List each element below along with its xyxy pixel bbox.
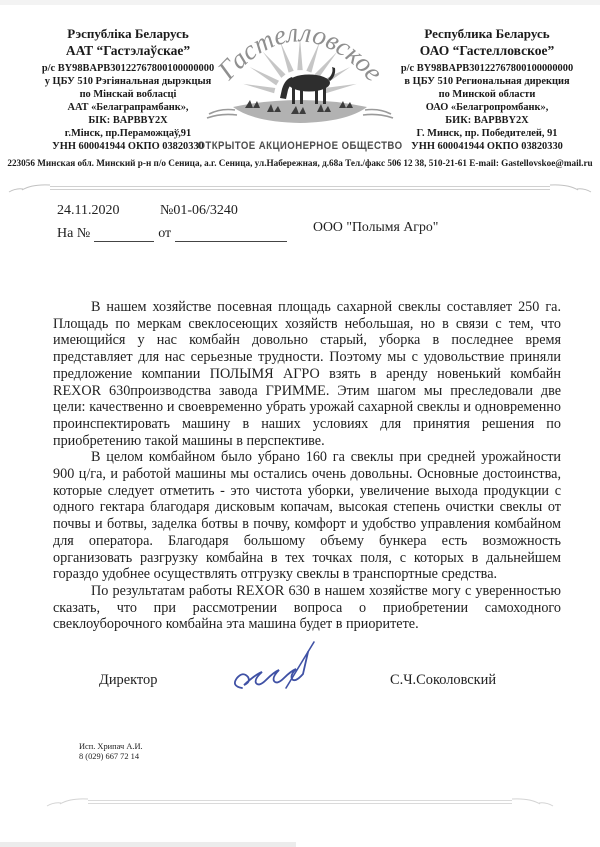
bank-branch-line: в ЦБУ 510 Региональная дирекция (388, 75, 586, 88)
letter-body: В нашем хозяйстве посевная площадь сахар… (53, 299, 561, 633)
signer-name: С.Ч.Соколовский (390, 672, 496, 689)
na-no-label: На № (57, 226, 90, 241)
footer-separator-flourish (0, 794, 600, 808)
emblem-caption: ОТКРЫТОЕ АКЦИОНЕРНОЕ ОБЩЕСТВО (198, 140, 403, 152)
company-name-ru: ОАО “Гастелловское” (388, 42, 586, 59)
region-line: по Минской области (388, 88, 586, 101)
signer-title: Директор (99, 672, 157, 689)
letter-number: №01-06/3240 (160, 203, 238, 219)
reply-number-blank (94, 228, 154, 242)
paragraph-1: В нашем хозяйстве посевная площадь сахар… (53, 299, 561, 449)
city-line: Г. Минск, пр. Победителей, 91 (388, 127, 586, 140)
scanned-letter-page: Рэспубліка Беларусь ААТ “Гастэлаўскае” р… (0, 0, 600, 847)
letter-date: 24.11.2020 (57, 203, 119, 219)
bank-account-line: р/с BY98BAPB30122767800100000000 (388, 62, 586, 75)
ot-label: от (158, 226, 171, 241)
address-contact-line: 223056 Минская обл. Минский р-н п/о Сени… (0, 158, 600, 168)
reply-reference-line: На №от (57, 226, 291, 242)
country-name-ru: Республика Беларусь (388, 26, 586, 42)
company-emblem: Гастелловское ОТКРЫТОЕ АКЦИОНЕРНОЕ ОБЩЕС… (195, 6, 405, 156)
scan-artifact-top (0, 0, 600, 5)
paragraph-2: В целом комбайном было убрано 160 га све… (53, 449, 561, 583)
reply-date-blank (175, 228, 287, 242)
recipient-name: ООО "Полымя Агро" (313, 219, 438, 235)
header-separator-flourish (0, 180, 600, 194)
handwritten-signature (226, 638, 322, 696)
letterhead-right-column: Республика Беларусь ОАО “Гастелловское” … (388, 26, 586, 153)
unn-okpo-line: УНН 600041944 ОКПО 03820330 (388, 140, 586, 153)
paragraph-3: По результатам работы REXOR 630 в нашем … (53, 583, 561, 633)
bik-line: БИК: BAPBBY2X (388, 114, 586, 127)
executor-name: Исп. Хрипач А.И. (79, 742, 143, 752)
bank-name-line: ОАО «Белагропромбанк», (388, 101, 586, 114)
executor-phone: 8 (029) 667 72 14 (79, 752, 143, 762)
scan-artifact-bottom (0, 842, 296, 847)
executor-block: Исп. Хрипач А.И. 8 (029) 667 72 14 (79, 742, 143, 762)
cow-icon (280, 67, 335, 104)
